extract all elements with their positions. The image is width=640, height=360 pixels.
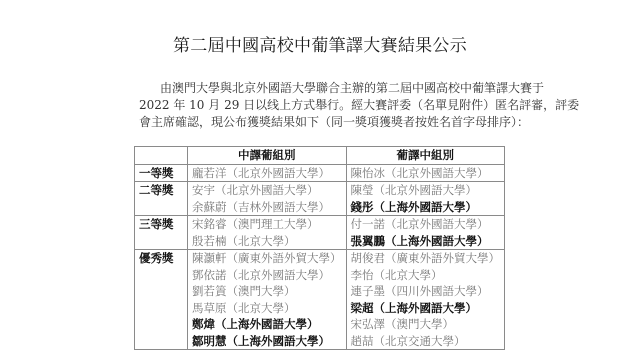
header-pt-zh: 葡譯中組別 (346, 147, 505, 165)
winner: 劉若篢（澳門大學） (192, 283, 342, 300)
winner-highlighted: 錢彤（上海外國語大學） (351, 199, 501, 216)
intro-paragraph: 由澳門大學與北京外國語大學聯合主辦的第二屆中國高校中葡筆譯大賽于 2022 年 … (139, 80, 509, 131)
pt-zh-winners: 胡俊君（廣東外語外貿大學） 李怡（北京大學） 連子墨（四川外國語大學） 梁超（上… (346, 250, 505, 350)
award-label: 三等獎 (135, 216, 188, 250)
table-row: 一等獎 龐若洋（北京外國語大學） 陳怡冰（北京外國語大學） (135, 164, 505, 182)
winner: 連子墨（四川外國語大學） (351, 283, 501, 300)
winner-highlighted: 張翼鵬（上海外國語大學） (351, 233, 501, 250)
winner: 李怡（北京大學） (351, 267, 501, 284)
table-header-row: 中譯葡組別 葡譯中組別 (135, 147, 505, 165)
pt-zh-winners: 陳怡冰（北京外國語大學） (346, 164, 505, 182)
winner: 宋銘睿（澳門理工大學） (192, 216, 342, 233)
table-row: 二等獎 安宇（北京外國語大學） 余蘇蔚（吉林外國語大學） 陳瑩（北京外國語大學）… (135, 182, 505, 216)
winner: 陳怡冰（北京外國語大學） (351, 165, 501, 182)
award-label: 二等獎 (135, 182, 188, 216)
winner: 陳灝軒（廣東外語外貿大學） (192, 250, 342, 267)
award-label: 優秀獎 (135, 250, 188, 350)
zh-pt-winners: 宋銘睿（澳門理工大學） 殷若楠（北京大學） (188, 216, 347, 250)
zh-pt-winners: 安宇（北京外國語大學） 余蘇蔚（吉林外國語大學） (188, 182, 347, 216)
winner: 余蘇蔚（吉林外國語大學） (192, 199, 342, 216)
zh-pt-winners: 龐若洋（北京外國語大學） (188, 164, 347, 182)
paragraph-line: 會主席確認，現公布獲獎結果如下（同一獎項獲獎者按姓名首字母排序）： (139, 114, 509, 131)
winner: 鄧依諾（北京外國語大學） (192, 267, 342, 284)
winner: 宋弘澤（澳門大學） (351, 316, 501, 333)
winner: 胡俊君（廣東外語外貿大學） (351, 250, 501, 267)
winner: 陳瑩（北京外國語大學） (351, 182, 501, 199)
pt-zh-winners: 陳瑩（北京外國語大學） 錢彤（上海外國語大學） (346, 182, 505, 216)
paragraph-line: 2022 年 10 月 29 日以线上方式舉行。經大賽評委（名單見附件）匿名評審… (139, 97, 509, 114)
winner: 龐若洋（北京外國語大學） (192, 165, 342, 182)
winner: 馬草原（北京大學） (192, 300, 342, 317)
table-row: 優秀獎 陳灝軒（廣東外語外貿大學） 鄧依諾（北京外國語大學） 劉若篢（澳門大學）… (135, 250, 505, 350)
pt-zh-winners: 付一諾（北京外國語大學） 張翼鵬（上海外國語大學） (346, 216, 505, 250)
winner: 趙喆（北京交通大學） (351, 333, 501, 350)
document-title: 第二屆中國高校中葡筆譯大賽結果公示 (0, 31, 640, 56)
zh-pt-winners: 陳灝軒（廣東外語外貿大學） 鄧依諾（北京外國語大學） 劉若篢（澳門大學） 馬草原… (188, 250, 347, 350)
results-table: 中譯葡組別 葡譯中組別 一等獎 龐若洋（北京外國語大學） 陳怡冰（北京外國語大學… (134, 146, 505, 350)
header-zh-pt: 中譯葡組別 (188, 147, 347, 165)
winner-highlighted: 鄭煒（上海外國語大學） (192, 316, 342, 333)
winner: 殷若楠（北京大學） (192, 233, 342, 250)
table-row: 三等獎 宋銘睿（澳門理工大學） 殷若楠（北京大學） 付一諾（北京外國語大學） 張… (135, 216, 505, 250)
winner: 付一諾（北京外國語大學） (351, 216, 501, 233)
award-label: 一等獎 (135, 164, 188, 182)
winner-highlighted: 鄒明慧（上海外國語大學） (192, 333, 342, 350)
paragraph-line: 由澳門大學與北京外國語大學聯合主辦的第二屆中國高校中葡筆譯大賽于 (139, 80, 509, 97)
header-award (135, 147, 188, 165)
winner: 安宇（北京外國語大學） (192, 182, 342, 199)
winner-highlighted: 梁超（上海外國語大學） (351, 300, 501, 317)
